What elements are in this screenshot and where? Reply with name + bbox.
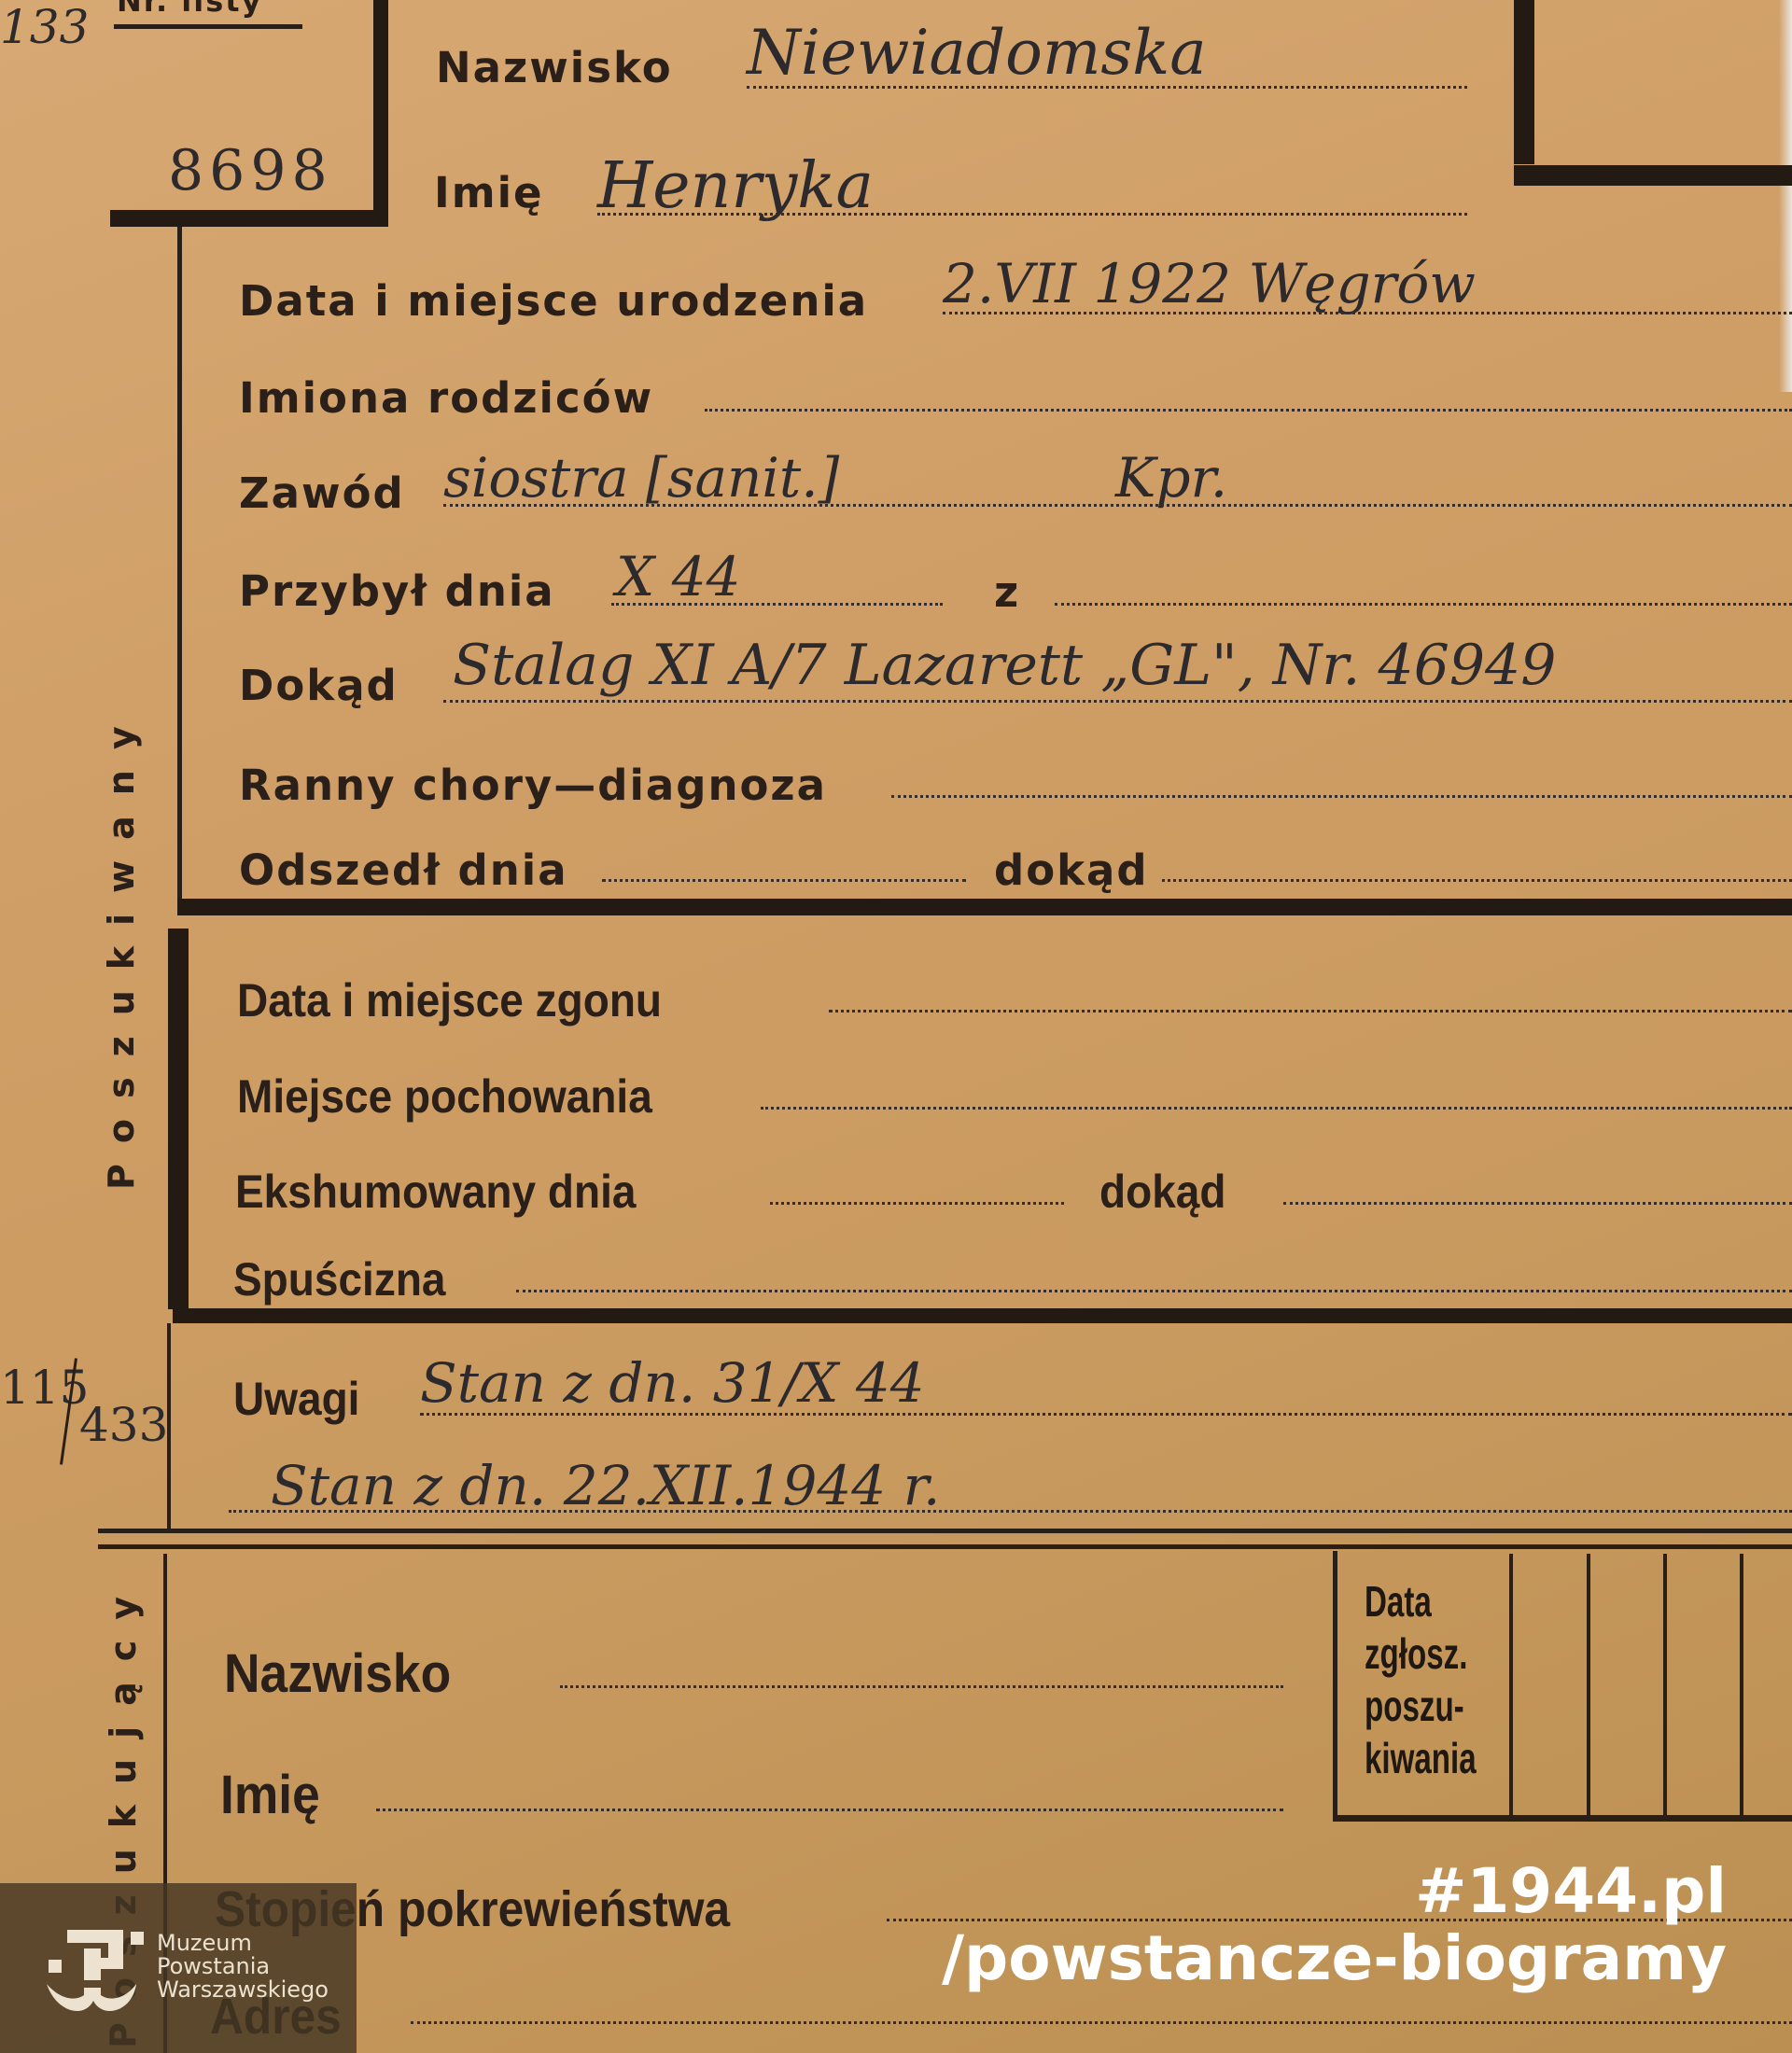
margin-note-bottom: 433 bbox=[79, 1398, 168, 1452]
arrived-label: Przybył dnia bbox=[239, 566, 555, 616]
remarks-line2: Stan z dn. 22.XII.1944 r. bbox=[271, 1454, 940, 1517]
list-number-label: Nr. listy bbox=[117, 0, 262, 19]
arrived-value: X 44 bbox=[616, 545, 741, 608]
photo-corner-horizontal bbox=[1514, 165, 1792, 186]
request-date-line-3: poszu- bbox=[1365, 1680, 1477, 1732]
death-divider bbox=[173, 1308, 1792, 1323]
diagnosis-label: Ranny chory—diagnoza bbox=[239, 761, 827, 810]
date-box-left-border bbox=[1333, 1551, 1337, 1817]
seeker-firstname-label: Imię bbox=[220, 1764, 320, 1826]
firstname-line bbox=[597, 213, 1467, 216]
list-box-right-border bbox=[373, 0, 388, 210]
museum-logo-badge[interactable]: Muzeum Powstania Warszawskiego bbox=[0, 1883, 357, 2053]
remarks-line1: Stan z dn. 31/X 44 bbox=[420, 1351, 925, 1415]
remarks-left-rule bbox=[167, 1323, 171, 1529]
birth-line bbox=[943, 312, 1792, 314]
site-hashtag[interactable]: #1944.pl bbox=[1415, 1855, 1727, 1927]
date-box-col-2 bbox=[1587, 1554, 1590, 1815]
surname-label: Nazwisko bbox=[436, 43, 673, 92]
museum-name-line-1: Muzeum bbox=[157, 1932, 329, 1955]
photo-corner-vertical bbox=[1514, 0, 1534, 164]
arrived-line bbox=[611, 603, 943, 606]
firstname-label: Imię bbox=[434, 168, 544, 217]
list-number-value: 8698 bbox=[168, 138, 333, 203]
death-line bbox=[829, 1010, 1792, 1013]
left-to-line bbox=[1162, 879, 1792, 882]
sought-divider bbox=[177, 899, 1792, 915]
remarks-line2-rule bbox=[229, 1510, 1792, 1513]
diagnosis-line bbox=[891, 795, 1792, 798]
exhumed-line bbox=[770, 1202, 1064, 1205]
burial-line bbox=[761, 1107, 1792, 1110]
sought-left-rule bbox=[177, 227, 182, 899]
request-date-line-1: Data bbox=[1365, 1575, 1477, 1627]
burial-label: Miejsce pochowania bbox=[237, 1069, 652, 1124]
occupation-label: Zawód bbox=[239, 468, 405, 518]
seeker-surname-line bbox=[560, 1685, 1283, 1688]
occupation-value: siostra [sanit.] bbox=[443, 446, 839, 510]
list-label-underline bbox=[114, 24, 302, 29]
exhumed-to-line bbox=[1283, 1202, 1792, 1205]
parents-line bbox=[705, 409, 1792, 412]
remarks-label: Uwagi bbox=[233, 1372, 359, 1426]
occupation-line bbox=[443, 504, 1792, 507]
surname-value: Niewiadomska bbox=[747, 17, 1207, 89]
request-date-line-4: kiwania bbox=[1365, 1732, 1477, 1784]
request-date-line-2: zgłosz. bbox=[1365, 1627, 1477, 1680]
request-date-label: Data zgłosz. poszu- kiwania bbox=[1365, 1575, 1477, 1784]
from-line bbox=[1055, 603, 1792, 606]
section-divider-2 bbox=[98, 1544, 1792, 1549]
destination-value: Stalag XI A/7 Lazarett „GL", Nr. 46949 bbox=[453, 633, 1556, 698]
museum-name-line-3: Warszawskiego bbox=[157, 1978, 329, 2002]
date-box-col-1 bbox=[1509, 1554, 1513, 1815]
birth-value: 2.VII 1922 Węgrów bbox=[943, 252, 1476, 315]
corner-number: 133 bbox=[0, 0, 89, 54]
date-box-col-4 bbox=[1740, 1554, 1743, 1815]
date-box-col-3 bbox=[1663, 1554, 1667, 1815]
birth-label: Data i miejsce urodzenia bbox=[239, 276, 868, 326]
seeker-address-line bbox=[411, 2021, 1792, 2024]
from-label: z bbox=[994, 567, 1020, 617]
remarks-line1-rule bbox=[420, 1413, 1792, 1416]
exhumed-to-label: dokąd bbox=[1099, 1165, 1225, 1219]
exhumed-label: Ekshumowany dnia bbox=[235, 1165, 636, 1219]
seeker-surname-label: Nazwisko bbox=[224, 1642, 451, 1705]
parents-label: Imiona rodziców bbox=[239, 373, 653, 423]
date-box-bottom-border bbox=[1333, 1815, 1792, 1822]
section-divider-1 bbox=[98, 1529, 1792, 1533]
left-label: Odszedł dnia bbox=[239, 845, 568, 895]
occupation-extra: Kpr. bbox=[1115, 446, 1227, 510]
site-path[interactable]: /powstancze-biogramy bbox=[942, 1922, 1727, 1994]
paper-edge bbox=[1779, 0, 1792, 392]
left-line bbox=[602, 879, 966, 882]
museum-name: Muzeum Powstania Warszawskiego bbox=[157, 1932, 329, 2002]
death-block-left-border bbox=[168, 929, 189, 1309]
seeker-firstname-line bbox=[376, 1809, 1283, 1811]
list-box-bottom-border bbox=[110, 210, 388, 227]
surname-line bbox=[747, 86, 1467, 89]
destination-label: Dokąd bbox=[239, 661, 399, 710]
sought-vertical-label: Poszukiwany bbox=[101, 705, 142, 1190]
estate-label: Spuścizna bbox=[233, 1252, 446, 1306]
estate-line bbox=[516, 1290, 1792, 1292]
left-to-label: dokąd bbox=[994, 845, 1149, 895]
anchor-logo-icon bbox=[47, 1922, 149, 2025]
museum-name-line-2: Powstania bbox=[157, 1955, 329, 1978]
death-label: Data i miejsce zgonu bbox=[237, 973, 662, 1027]
destination-line bbox=[443, 700, 1792, 703]
